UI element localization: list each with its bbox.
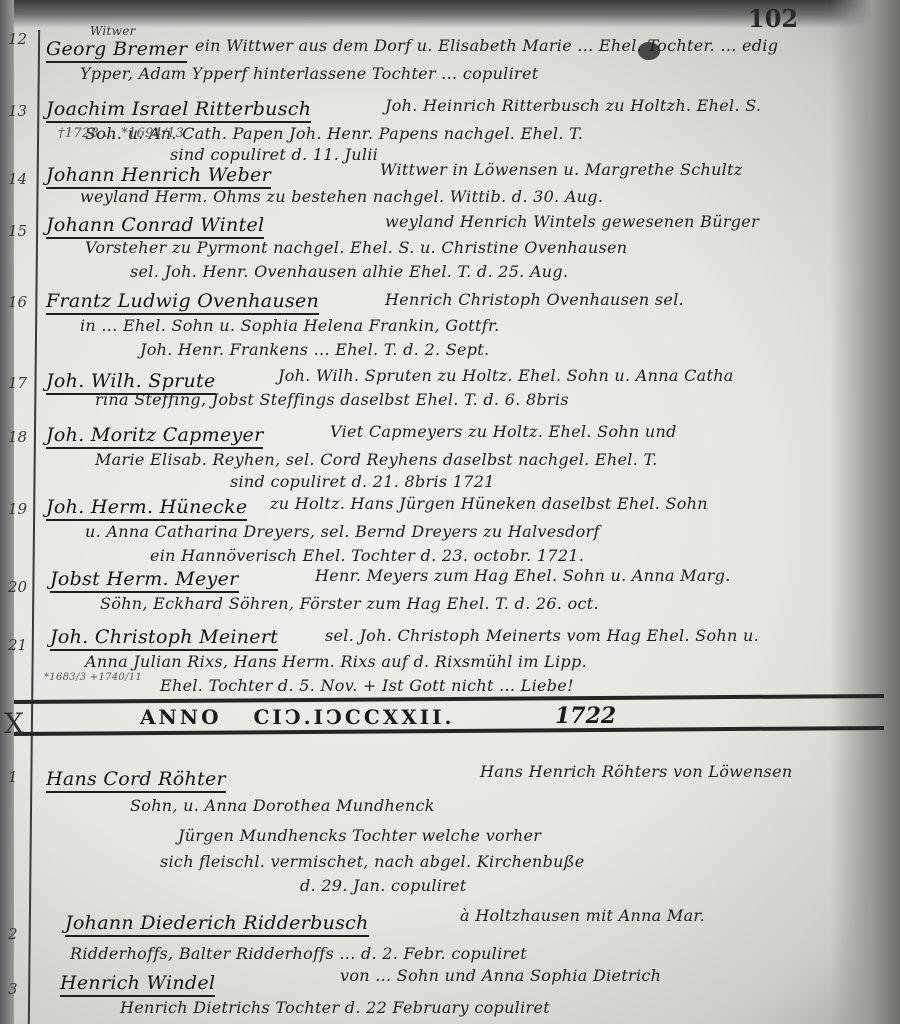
entry-text: Vorsteher zu Pyrmont nachgel. Ehel. S. u… [85,238,627,257]
register-page: 102 12 13 14 15 16 17 18 19 20 21 1 2 3 … [0,0,900,1024]
entry-text: zu Holtz. Hans Jürgen Hüneken daselbst E… [270,494,708,513]
year-header: X ANNO CIↃ.IↃCCXXII. 1722 [0,697,900,733]
entry-text: Viet Capmeyers zu Holtz. Ehel. Sohn und [330,422,677,441]
groom-name: Joh. Moritz Capmeyer [46,424,263,449]
roman-year: CIↃ.IↃCCXXII. [253,705,454,729]
entry-text: weyland Herm. Ohms zu bestehen nachgel. … [80,187,603,206]
entry-text: sich fleischl. vermischet, nach abgel. K… [160,852,585,871]
year-arabic: 1722 [555,703,616,729]
entry-text: sel. Joh. Henr. Ovenhausen alhie Ehel. T… [130,262,568,281]
groom-name: Johann Henrich Weber [46,164,271,189]
groom-name: Georg Bremer [46,38,187,63]
entry-text: à Holtzhausen mit Anna Mar. [460,906,705,925]
entry-text: Anna Julian Rixs, Hans Herm. Rixs auf d.… [85,652,587,671]
entry-text: ein Wittwer aus dem Dorf u. Elisabeth Ma… [195,36,778,55]
entry-number: 12 [8,30,27,48]
entry-number: 14 [8,170,27,188]
entry-text: Ridderhoffs, Balter Ridderhoffs ... d. 2… [70,944,527,963]
entry-number: 15 [8,222,27,240]
entry-text: Ypper, Adam Ypperf hinterlassene Tochter… [80,64,538,83]
entry-text: Hans Henrich Röhters von Löwensen [480,762,792,781]
entry-text: in ... Ehel. Sohn u. Sophia Helena Frank… [80,316,500,335]
scan-right-shadow [830,0,900,1024]
groom-name: Johann Conrad Wintel [46,214,264,239]
entry-number: 17 [8,374,27,392]
groom-name: Jobst Herm. Meyer [50,568,239,593]
entry-text: Henrich Christoph Ovenhausen sel. [385,290,684,309]
entry-text: Henr. Meyers zum Hag Ehel. Sohn u. Anna … [315,566,731,585]
groom-name: Hans Cord Röhter [46,768,226,793]
groom-name: Joh. Christoph Meinert [50,626,278,651]
band-top-rule [14,694,884,704]
entry-text: Henrich Dietrichs Tochter d. 22 February… [120,998,550,1017]
entry-text: von ... Sohn und Anna Sophia Dietrich [340,966,661,985]
groom-name: Henrich Windel [60,972,215,997]
groom-name: Johann Diederich Ridderbusch [65,912,369,937]
entry-text: weyland Henrich Wintels gewesenen Bürger [385,212,759,231]
entry-number: 18 [8,428,27,446]
margin-note: *1683/3 +1740/11 [44,672,142,683]
entry-text: d. 29. Jan. copuliret [300,876,467,895]
anno-label: ANNO [140,705,222,729]
entry-text: ein Hannöverisch Ehel. Tochter d. 23. oc… [150,546,584,565]
entry-text: Joh. Heinrich Ritterbusch zu Holtzh. Ehe… [385,96,761,115]
entry-text: Joh. Henr. Frankens ... Ehel. T. d. 2. S… [140,340,489,359]
entry-text: rina Steffing, Jobst Steffings daselbst … [95,390,569,409]
entry-number: 21 [8,636,27,654]
entry-text: u. Anna Catharina Dreyers, sel. Bernd Dr… [85,522,600,541]
entry-number: 1 [8,768,18,786]
entry-text: Ehel. Tochter d. 5. Nov. + Ist Gott nich… [160,676,574,695]
entry-number: 3 [8,980,18,998]
margin-note: †1728 ... *1694/13 [58,126,184,141]
entry-text: sel. Joh. Christoph Meinerts vom Hag Ehe… [325,626,759,645]
groom-name: Frantz Ludwig Ovenhausen [46,290,319,315]
page-number: 102 [748,4,798,33]
entry-text: Joh. Wilh. Spruten zu Holtz. Ehel. Sohn … [278,366,734,385]
groom-name: Joh. Herm. Hünecke [46,496,247,521]
entry-text: sind copuliret d. 21. 8bris 1721 [230,472,495,491]
entry-text: Marie Elisab. Reyhen, sel. Cord Reyhens … [95,450,657,469]
entry-number: 13 [8,102,27,120]
entry-text: Söhn, Eckhard Söhren, Förster zum Hag Eh… [100,594,599,613]
entry-text: sind copuliret d. 11. Julii [170,145,378,164]
entry-number: 19 [8,500,27,518]
entry-text: Sohn, u. Anna Dorothea Mundhenck [130,796,435,815]
entry-annotation: Witwer [90,24,136,38]
entry-number: 16 [8,293,27,311]
groom-name: Joachim Israel Ritterbusch [46,98,311,123]
year-roman: ANNO CIↃ.IↃCCXXII. [140,705,454,729]
year-marker: X [4,707,24,740]
entry-number: 20 [8,578,27,596]
entry-number: 2 [8,925,18,943]
margin-rule [28,30,40,1024]
entry-text: Jürgen Mundhencks Tochter welche vorher [178,826,541,845]
entry-text: Wittwer in Löwensen u. Margrethe Schultz [380,160,743,179]
